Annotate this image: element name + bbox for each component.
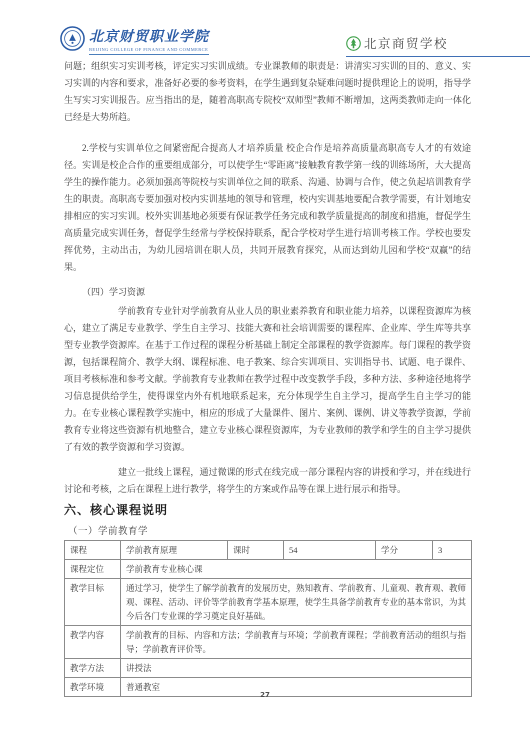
- table-row-content: 教学内容 学前教育的目标、内容和方法；学前教育与环境；学前教育课程；学前教育活动…: [65, 626, 472, 659]
- row-value-cell: 通过学习，使学生了解学前教育的发展历史，熟知教育、学前教育、儿童观、教育观、教师…: [121, 579, 472, 626]
- paragraph-school-enterprise-cooperation: 2.学校与实训单位之间紧密配合提高人才培养质量 校企合作是培养高质量高职高专人才…: [64, 140, 471, 276]
- table-row-positioning: 课程定位 学前教育专业核心课: [65, 560, 472, 579]
- row-label-cell: 课程定位: [65, 560, 121, 579]
- paragraph-internship-duties: 问题；组织实习实训考核，评定实习实训成绩。专业课教师的职责是：讲清实习实训的目的…: [64, 58, 471, 126]
- college-name-block: 北京财贸职业学院 BEIJING COLLEGE OF FINANCE AND …: [89, 26, 209, 55]
- credits-value-cell: 3: [433, 541, 472, 560]
- row-value-cell: 学前教育的目标、内容和方法；学前教育与环境；学前教育课程；学前教育活动的组织与指…: [121, 626, 472, 659]
- row-label-cell: 教学方法: [65, 659, 121, 678]
- college-logo: 北京财贸职业学院 BEIJING COLLEGE OF FINANCE AND …: [60, 26, 209, 55]
- college-name-cn: 北京财贸职业学院: [89, 26, 209, 46]
- course-table: 课程 学前教育原理 课时 54 学分 3 课程定位 学前教育专业核心课 教学目标…: [64, 540, 472, 697]
- page-number: 27: [0, 691, 530, 699]
- school-name-cn: 北京商贸学校: [364, 34, 448, 52]
- course-value-cell: 学前教育原理: [121, 541, 228, 560]
- course-label-cell: 课程: [65, 541, 121, 560]
- section-title-learning-resources: （四）学习资源: [64, 284, 471, 301]
- row-value-cell: 讲授法: [121, 659, 472, 678]
- document-body: 问题；组织实习实训考核，评定实习实训成绩。专业课教师的职责是：讲清实习实训的目的…: [64, 58, 471, 498]
- paragraph-resource-library: 学前教育专业针对学前教育从业人员的职业素养教育和职业能力培养，以课程资源库为核心…: [64, 303, 471, 456]
- document-page: 北京财贸职业学院 BEIJING COLLEGE OF FINANCE AND …: [0, 0, 530, 740]
- hours-label-cell: 课时: [228, 541, 284, 560]
- college-name-en: BEIJING COLLEGE OF FINANCE AND COMMERCE: [89, 46, 209, 55]
- table-row-objectives: 教学目标 通过学习，使学生了解学前教育的发展历史，熟知教育、学前教育、儿童观、教…: [65, 579, 472, 626]
- paragraph-online-courses: 建立一批线上课程，通过微课的形式在线完成一部分课程内容的讲授和学习，并在线进行讨…: [64, 464, 471, 498]
- row-value-cell: 学前教育专业核心课: [121, 560, 472, 579]
- college-seal-icon: [60, 26, 85, 51]
- row-label-cell: 教学内容: [65, 626, 121, 659]
- heading-core-courses: 六、核心课程说明: [64, 501, 168, 518]
- school-logo: 北京商贸学校: [346, 34, 530, 57]
- table-row-course: 课程 学前教育原理 课时 54 学分 3: [65, 541, 472, 560]
- subheading-preschool-pedagogy: （一）学前教育学: [68, 523, 148, 537]
- credits-label-cell: 学分: [376, 541, 433, 560]
- school-tree-icon: [346, 36, 361, 51]
- hours-value-cell: 54: [284, 541, 376, 560]
- row-label-cell: 教学目标: [65, 579, 121, 626]
- table-row-method: 教学方法 讲授法: [65, 659, 472, 678]
